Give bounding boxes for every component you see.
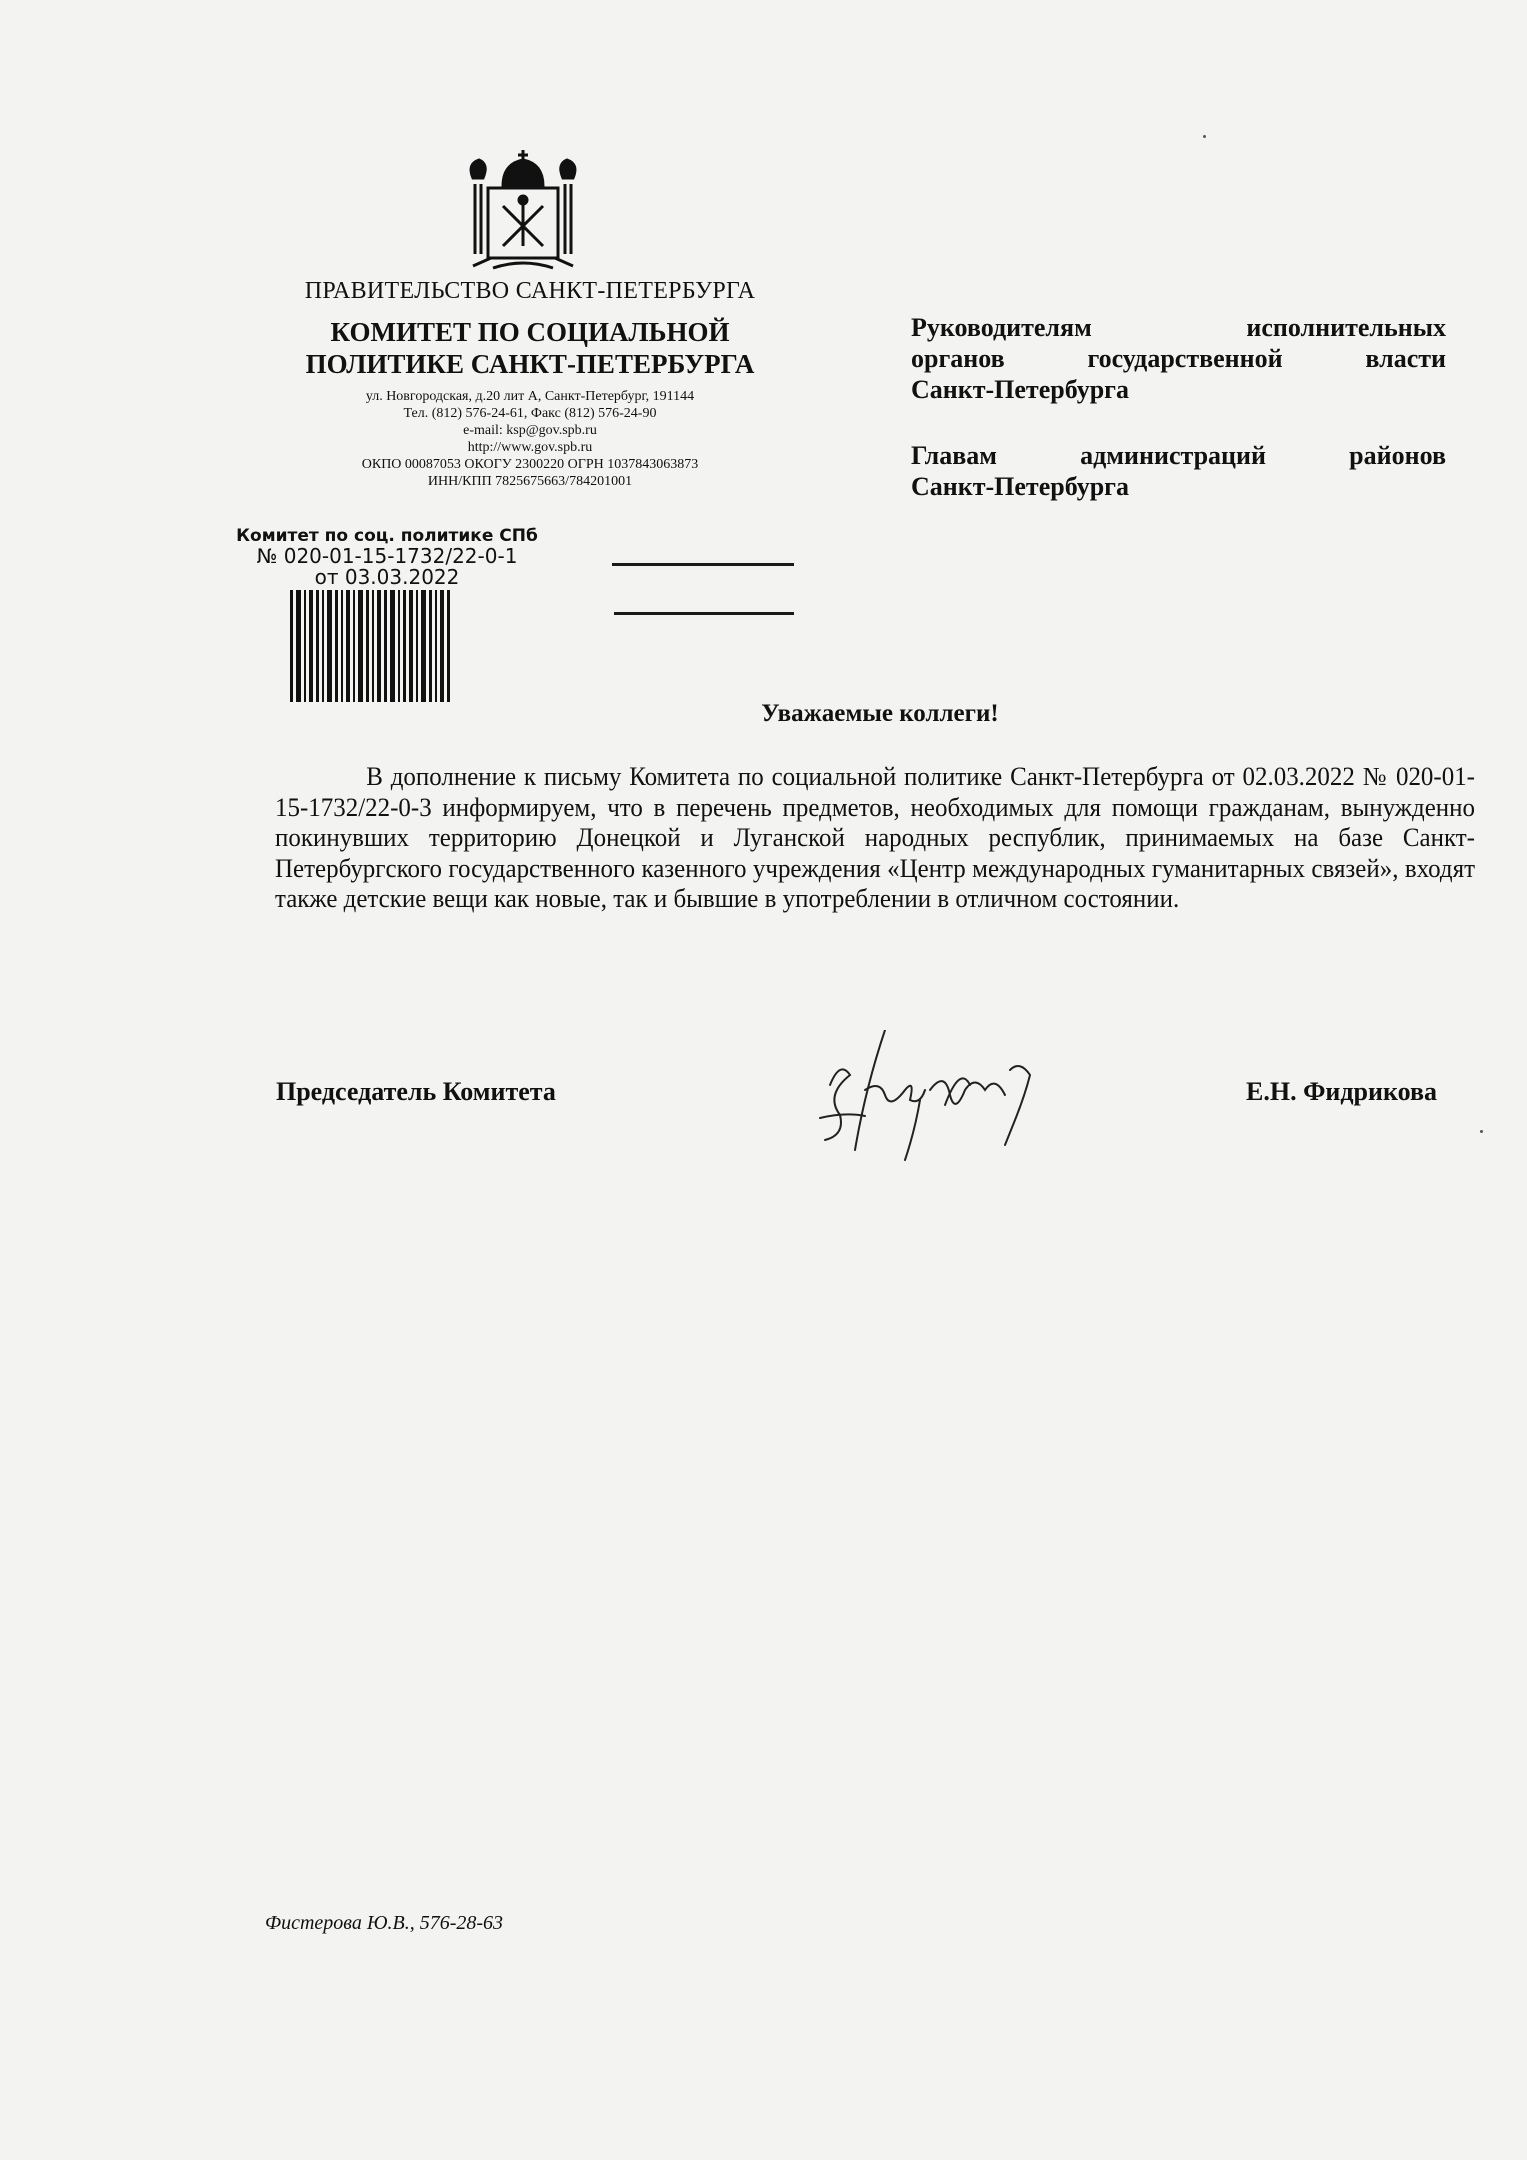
salutation: Уважаемые коллеги! [270, 700, 1490, 728]
stamp-date: от 03.03.2022 [222, 567, 552, 588]
email: e-mail: ksp@gov.spb.ru [270, 422, 790, 439]
addressee-line: Санкт-Петербурга [911, 375, 1129, 404]
scan-speck [1203, 135, 1206, 138]
executor-contact: Фистерова Ю.В., 576-28-63 [265, 1912, 503, 1935]
scan-speck [1480, 1130, 1483, 1133]
addressee-line: органов государственной власти [911, 343, 1446, 374]
phone-fax: Тел. (812) 576-24-61, Факс (812) 576-24-… [270, 405, 790, 422]
registration-stamp: Комитет по соц. политике СПб № 020-01-15… [222, 526, 552, 588]
handwritten-signature-icon [780, 1030, 1140, 1165]
signatory-name: Е.Н. Фидрикова [1246, 1077, 1437, 1107]
committee-title-line: КОМИТЕТ ПО СОЦИАЛЬНОЙ [270, 316, 790, 348]
addressee-line: Руководителям исполнительных [911, 312, 1446, 343]
addressee-block-district-heads: Главам администраций районов Санкт-Петер… [911, 440, 1446, 502]
contact-details: ул. Новгородская, д.20 лит А, Санкт-Пете… [270, 388, 790, 490]
registry-codes: ОКПО 00087053 ОКОГУ 2300220 ОГРН 1037843… [270, 456, 790, 473]
addressee: Руководителям исполнительных органов гос… [911, 312, 1446, 537]
address: ул. Новгородская, д.20 лит А, Санкт-Пете… [270, 388, 790, 405]
addressee-line: Главам администраций районов [911, 440, 1446, 471]
website: http://www.gov.spb.ru [270, 439, 790, 456]
government-title: ПРАВИТЕЛЬСТВО САНКТ-ПЕТЕРБУРГА [270, 278, 790, 305]
stamp-number: № 020-01-15-1732/22-0-1 [222, 546, 552, 567]
letter-body: В дополнение к письму Комитета по социал… [275, 762, 1475, 915]
addressee-block-executive-bodies: Руководителям исполнительных органов гос… [911, 312, 1446, 405]
stamp-organization: Комитет по соц. политике СПб [222, 526, 552, 546]
committee-title-line: ПОЛИТИКЕ САНКТ-ПЕТЕРБУРГА [270, 348, 790, 380]
signatory-role: Председатель Комитета [276, 1077, 556, 1107]
reference-number-line [612, 563, 794, 566]
letter-page: ПРАВИТЕЛЬСТВО САНКТ-ПЕТЕРБУРГА КОМИТЕТ П… [0, 0, 1527, 2160]
addressee-line: Санкт-Петербурга [911, 472, 1129, 501]
barcode-icon [290, 590, 478, 702]
committee-title: КОМИТЕТ ПО СОЦИАЛЬНОЙ ПОЛИТИКЕ САНКТ-ПЕТ… [270, 316, 790, 380]
reference-date-line [614, 612, 794, 615]
coat-of-arms-icon [453, 148, 593, 278]
tax-ids: ИНН/КПП 7825675663/784201001 [270, 473, 790, 490]
